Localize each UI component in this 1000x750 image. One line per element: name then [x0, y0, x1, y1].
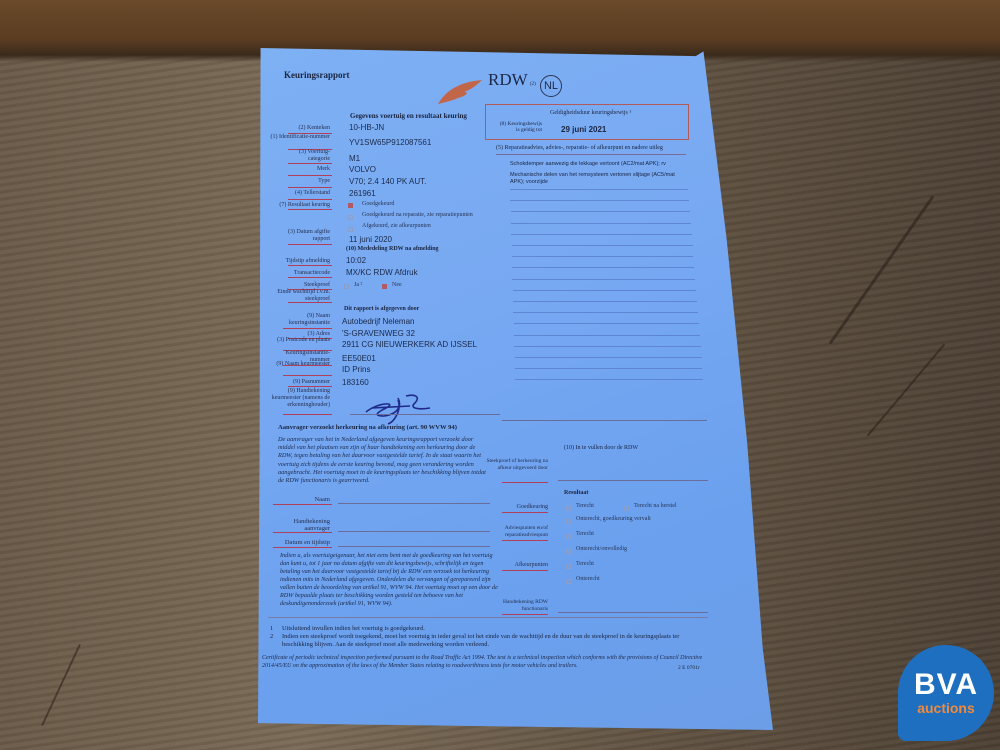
writing-line: [512, 279, 695, 280]
license-plate-value: 10-HB-JN: [349, 123, 384, 132]
rejection-correct-checkbox[interactable]: [566, 564, 571, 569]
bva-logo-subtext: auctions: [917, 700, 975, 716]
inspector-name-label: (9) Naam keurmeester: [268, 361, 330, 368]
transaction-code-value: MX/KC RDW Afdruk: [346, 268, 418, 277]
advisory-incorrect-checkbox[interactable]: [566, 549, 571, 554]
inspector-name-value: ID Prins: [342, 365, 370, 374]
notification-time-label: Tijdstip afmelding: [258, 258, 330, 265]
inspector-signature-label: (9) Handtekening keurmeester (namens de …: [268, 388, 330, 409]
writing-line: [515, 368, 703, 369]
performed-by-field[interactable]: [558, 480, 708, 481]
result-rejected-text: Afgekeurd, zie afkeurpunten: [362, 223, 431, 229]
document-title: Keuringsrapport: [284, 70, 350, 80]
result-rejected-checkbox[interactable]: [348, 227, 353, 232]
writing-line: [512, 245, 693, 246]
notification-heading: (10) Mededeling RDW na afmelding: [346, 246, 439, 252]
result-approved-after-repair-text: Goedgekeurd na reparatie, zie reparatiep…: [362, 212, 473, 218]
applicant-name-label: Naam: [288, 496, 330, 503]
pass-number-value: 183160: [342, 378, 369, 387]
writing-line: [513, 301, 697, 302]
footnote: 1Uitsluitend invullen indien het voertui…: [270, 625, 710, 633]
vin-value: YV1SW65P912087561: [349, 138, 431, 147]
issuer-postcode-label: (3) Postcode en plaats: [268, 337, 330, 344]
date-issued-label: (3) Datum afgifte rapport: [278, 229, 330, 243]
applicant-signature-field[interactable]: [338, 531, 490, 532]
writing-line: [512, 256, 694, 257]
rdw-signature-field[interactable]: [558, 612, 708, 613]
approval-row-label: Goedkeuring: [484, 504, 548, 511]
certificate-text: Certificate of periodic technical inspec…: [262, 655, 722, 670]
odometer-value: 261961: [349, 189, 376, 198]
transaction-code-label: Transactiecode: [258, 270, 330, 277]
date-issued-value: 11 juni 2020: [349, 235, 392, 244]
applicant-name-field[interactable]: [338, 503, 490, 504]
validity-box: Geldigheidsduur keuringsbewijs ¹ (8) Keu…: [485, 104, 689, 140]
validity-label: (8) Keuringsbewijs is geldig tot: [496, 121, 542, 133]
spot-check-label: Steekproef: [258, 282, 330, 289]
issuer-address-value: 'S-GRAVENWEG 32: [342, 329, 415, 338]
reinspection-heading: Aanvrager verzoekt herkeuring na afkeuri…: [278, 424, 457, 431]
rejection-incorrect-text: Onterecht: [576, 576, 600, 582]
writing-line: [510, 189, 688, 190]
writing-line: [511, 211, 690, 212]
notification-time-value: 10:02: [346, 256, 366, 265]
reinspection-disclaimer: Indien u, als voertuigeigenaar, het niet…: [280, 552, 498, 608]
issuer-name-value: Autobedrijf Neleman: [342, 317, 414, 326]
issuer-number-value: EE50E01: [342, 354, 376, 363]
issued-by-heading: Dit rapport is afgegeven door: [344, 306, 419, 312]
reinspection-paragraph: De aanvrager van het in Nederland afgege…: [278, 436, 488, 485]
form-code: 2 E 0701r: [678, 665, 700, 671]
repair-section-heading: (5) Reparatieadvies, advies-, reparatie-…: [496, 145, 663, 151]
pass-number-label: (9) Pasnummer: [258, 379, 330, 386]
writing-line: [512, 267, 694, 268]
vehicle-section-heading: Gegevens voertuig en resultaat keuring: [350, 112, 467, 120]
repair-item: Mechanische delen van het remsysteem ver…: [510, 172, 690, 185]
advisory-correct-text: Terecht: [576, 531, 594, 537]
approval-incorrect-text: Onterecht, goedkeuring vervalt: [576, 516, 651, 522]
writing-line: [511, 234, 691, 235]
footnote: 2Indien een steekproef wordt toegekend, …: [270, 633, 710, 649]
date-time-field[interactable]: [338, 546, 490, 547]
result-approved-after-repair-checkbox[interactable]: [348, 215, 353, 220]
result-label: (7) Resultaat keuring: [258, 202, 330, 209]
issuer-name-label: (9) Naam keuringsinstantie: [268, 313, 330, 327]
type-value: V70; 2.4 140 PK AUT.: [349, 177, 426, 186]
make-value: VOLVO: [349, 165, 376, 174]
rdw-label: RDW: [488, 70, 528, 90]
footnotes: 1Uitsluitend invullen indien het voertui…: [270, 625, 710, 649]
wood-crack: [41, 644, 81, 726]
date-time-label: Datum en tijdstip: [268, 539, 330, 546]
writing-line: [514, 335, 700, 336]
vehicle-category-value: M1: [349, 154, 360, 163]
spot-check-no-checkbox[interactable]: [382, 284, 387, 289]
approval-incorrect-checkbox[interactable]: [566, 519, 571, 524]
wood-crack: [829, 195, 935, 344]
bva-auctions-watermark: BVA auctions: [898, 645, 994, 741]
advisory-correct-checkbox[interactable]: [566, 534, 571, 539]
writing-line: [513, 290, 696, 291]
approval-correct-text: Terecht: [576, 503, 594, 509]
applicant-signature-label: Handtekening aanvrager: [278, 518, 330, 532]
approval-correct-after-repair-checkbox[interactable]: [624, 506, 629, 511]
result-heading: Resultaat: [564, 490, 588, 496]
issuer-postcode-value: 2911 CG NIEUWERKERK AD IJSSEL: [342, 340, 477, 349]
spot-check-no-text: Nee: [392, 282, 402, 288]
rdw-feather-logo: [436, 78, 484, 106]
writing-line: [513, 312, 698, 313]
writing-line: [515, 379, 703, 380]
advisory-incorrect-text: Onterecht/onvolledig: [576, 546, 627, 552]
inspector-signature: [358, 388, 438, 428]
rejection-incorrect-checkbox[interactable]: [566, 579, 571, 584]
inspection-report-paper: Keuringsrapport RDW (2) NL Gegevens voer…: [258, 48, 773, 730]
advisory-row-label: Advies­punten en/of reparatieadviespunt: [480, 525, 548, 539]
result-approved-checkbox[interactable]: [348, 203, 353, 208]
rejection-row-label: Afkeurpunten: [484, 562, 548, 569]
validity-date: 29 juni 2021: [561, 125, 606, 134]
spot-check-yes-text: Ja ²: [354, 282, 362, 288]
rdw-signature-label: Handtekening RDW functionaris: [494, 599, 548, 613]
writing-line: [511, 223, 691, 224]
bva-logo-text: BVA: [914, 670, 978, 700]
result-approved-text: Goedgekeurd: [362, 201, 394, 207]
performed-by-label: Steekproef of herkeuring na afkeur uitge…: [484, 458, 548, 472]
validity-heading: Geldigheidsduur keuringsbewijs ¹: [550, 110, 631, 116]
writing-line: [514, 323, 699, 324]
spot-check-sublabel: Einde wachttijd i.v.m. steekproef: [268, 289, 330, 303]
country-code-badge: NL: [540, 75, 562, 97]
writing-line: [514, 346, 700, 347]
writing-line: [510, 200, 689, 201]
writing-line: [515, 357, 702, 358]
rdw-section-heading: (10) In te vullen door de RDW: [564, 445, 638, 451]
rejection-correct-text: Terecht: [576, 561, 594, 567]
wood-crack: [867, 343, 946, 436]
spot-check-yes-checkbox[interactable]: [344, 284, 349, 289]
repair-item: Schokdemper aanwezig die lekkage vertoon…: [510, 161, 666, 167]
country-marker: (2): [530, 82, 536, 87]
approval-correct-checkbox[interactable]: [566, 506, 571, 511]
approval-correct-after-repair-text: Terecht na herstel: [634, 503, 677, 509]
